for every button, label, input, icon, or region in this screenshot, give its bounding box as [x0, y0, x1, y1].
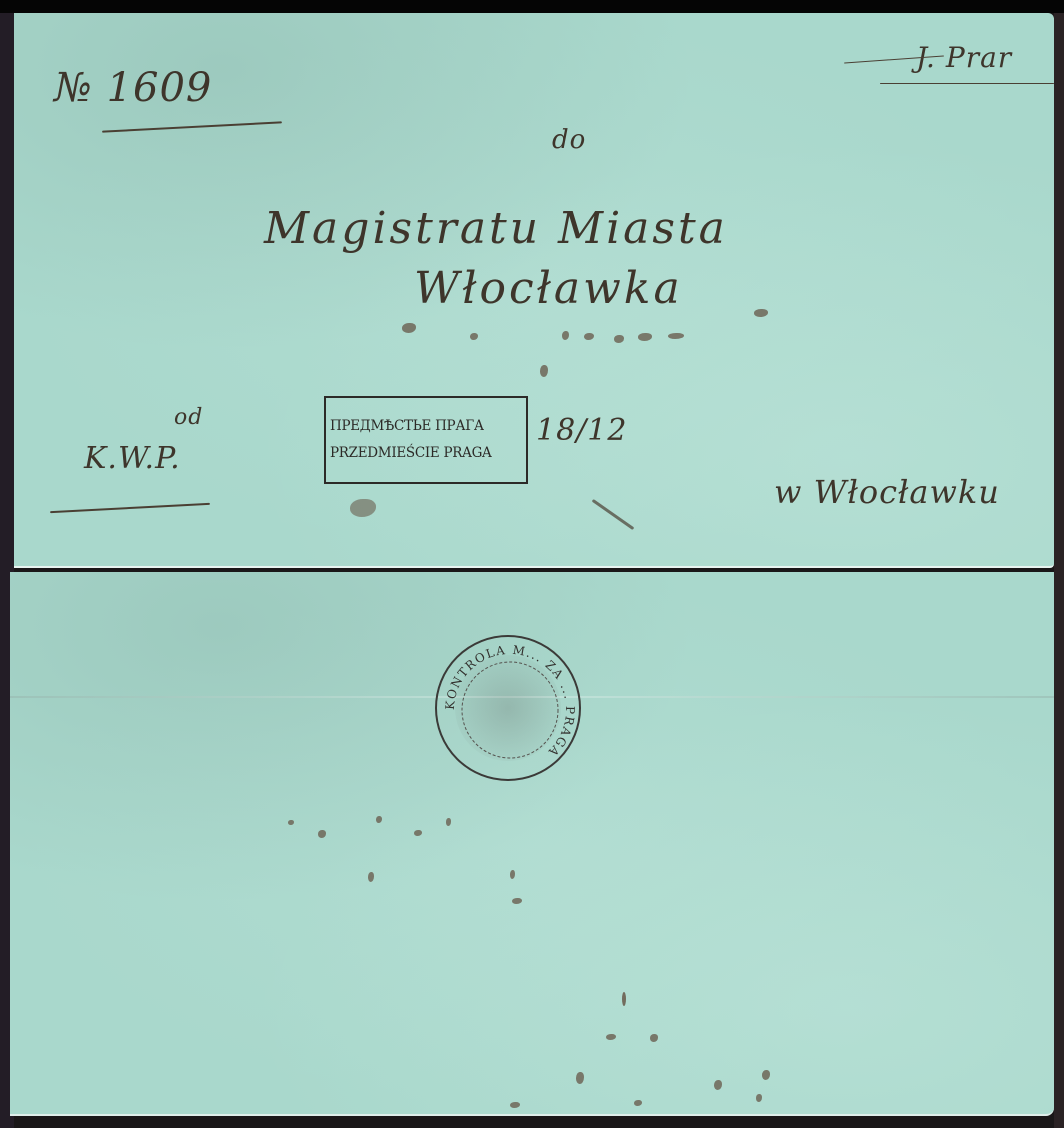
ink-blot: [714, 1080, 722, 1090]
seal-text-ring: KONTROLA M... ZA ... PRAGA: [437, 637, 583, 783]
sender-prefix: od: [174, 405, 203, 430]
ink-blot: [614, 335, 624, 343]
ink-blot: [606, 1034, 616, 1040]
ink-blot: [540, 365, 548, 377]
ink-stroke: [592, 499, 635, 530]
ink-blot: [368, 872, 374, 882]
ink-blot: [576, 1072, 584, 1084]
ink-blot: [650, 1034, 658, 1042]
ink-blot: [512, 898, 522, 904]
ink-blot: [470, 333, 478, 340]
postmark-line-2: PRZEDMIEŚCIE PRAGA: [330, 440, 526, 467]
ink-blot: [402, 323, 416, 333]
top-right-note: J. Prar: [916, 41, 1012, 74]
postmark-box: ПРЕДМѢСТЬЕ ПРАГА PRZEDMIEŚCIE PRAGA: [324, 396, 528, 484]
address-prefix: do: [552, 125, 586, 155]
destination-note: w Włocławku: [774, 473, 1000, 511]
circular-seal: KONTROLA M... ZA ... PRAGA: [435, 635, 581, 781]
ink-blot: [754, 309, 768, 317]
ink-blot: [510, 1102, 520, 1108]
scan-top-border: [0, 0, 1064, 13]
date-note: 18/12: [536, 413, 627, 448]
ink-blot: [584, 333, 594, 340]
registry-underline: [102, 121, 282, 132]
ink-blot: [376, 816, 382, 823]
ink-blot: [756, 1094, 762, 1102]
addressee-line-2: Włocławka: [414, 263, 683, 314]
ink-blot: [350, 499, 376, 517]
sender-underline: [50, 503, 210, 513]
ink-blot: [762, 1070, 770, 1080]
ink-blot: [510, 870, 515, 879]
ink-blot: [668, 333, 684, 339]
cover-back: KONTROLA M... ZA ... PRAGA: [10, 572, 1054, 1116]
ink-blot: [318, 830, 326, 838]
registry-number: № 1609: [54, 65, 212, 111]
cover-front: № 1609 J. Prar do Magistratu Miasta Włoc…: [14, 13, 1054, 568]
ink-blot: [634, 1100, 642, 1106]
scan-right-border: [1054, 13, 1064, 1128]
ink-blot: [446, 818, 451, 826]
ink-blot: [414, 830, 422, 836]
ink-blot: [622, 992, 626, 1006]
sender: K.W.P.: [84, 441, 181, 476]
ink-blot: [288, 820, 294, 825]
ink-blot: [562, 331, 569, 340]
top-right-underline-2: [880, 83, 1054, 84]
addressee-line-1: Magistratu Miasta: [264, 203, 728, 254]
ink-blot: [638, 333, 652, 341]
postmark-line-1: ПРЕДМѢСТЬЕ ПРАГА: [330, 413, 526, 440]
